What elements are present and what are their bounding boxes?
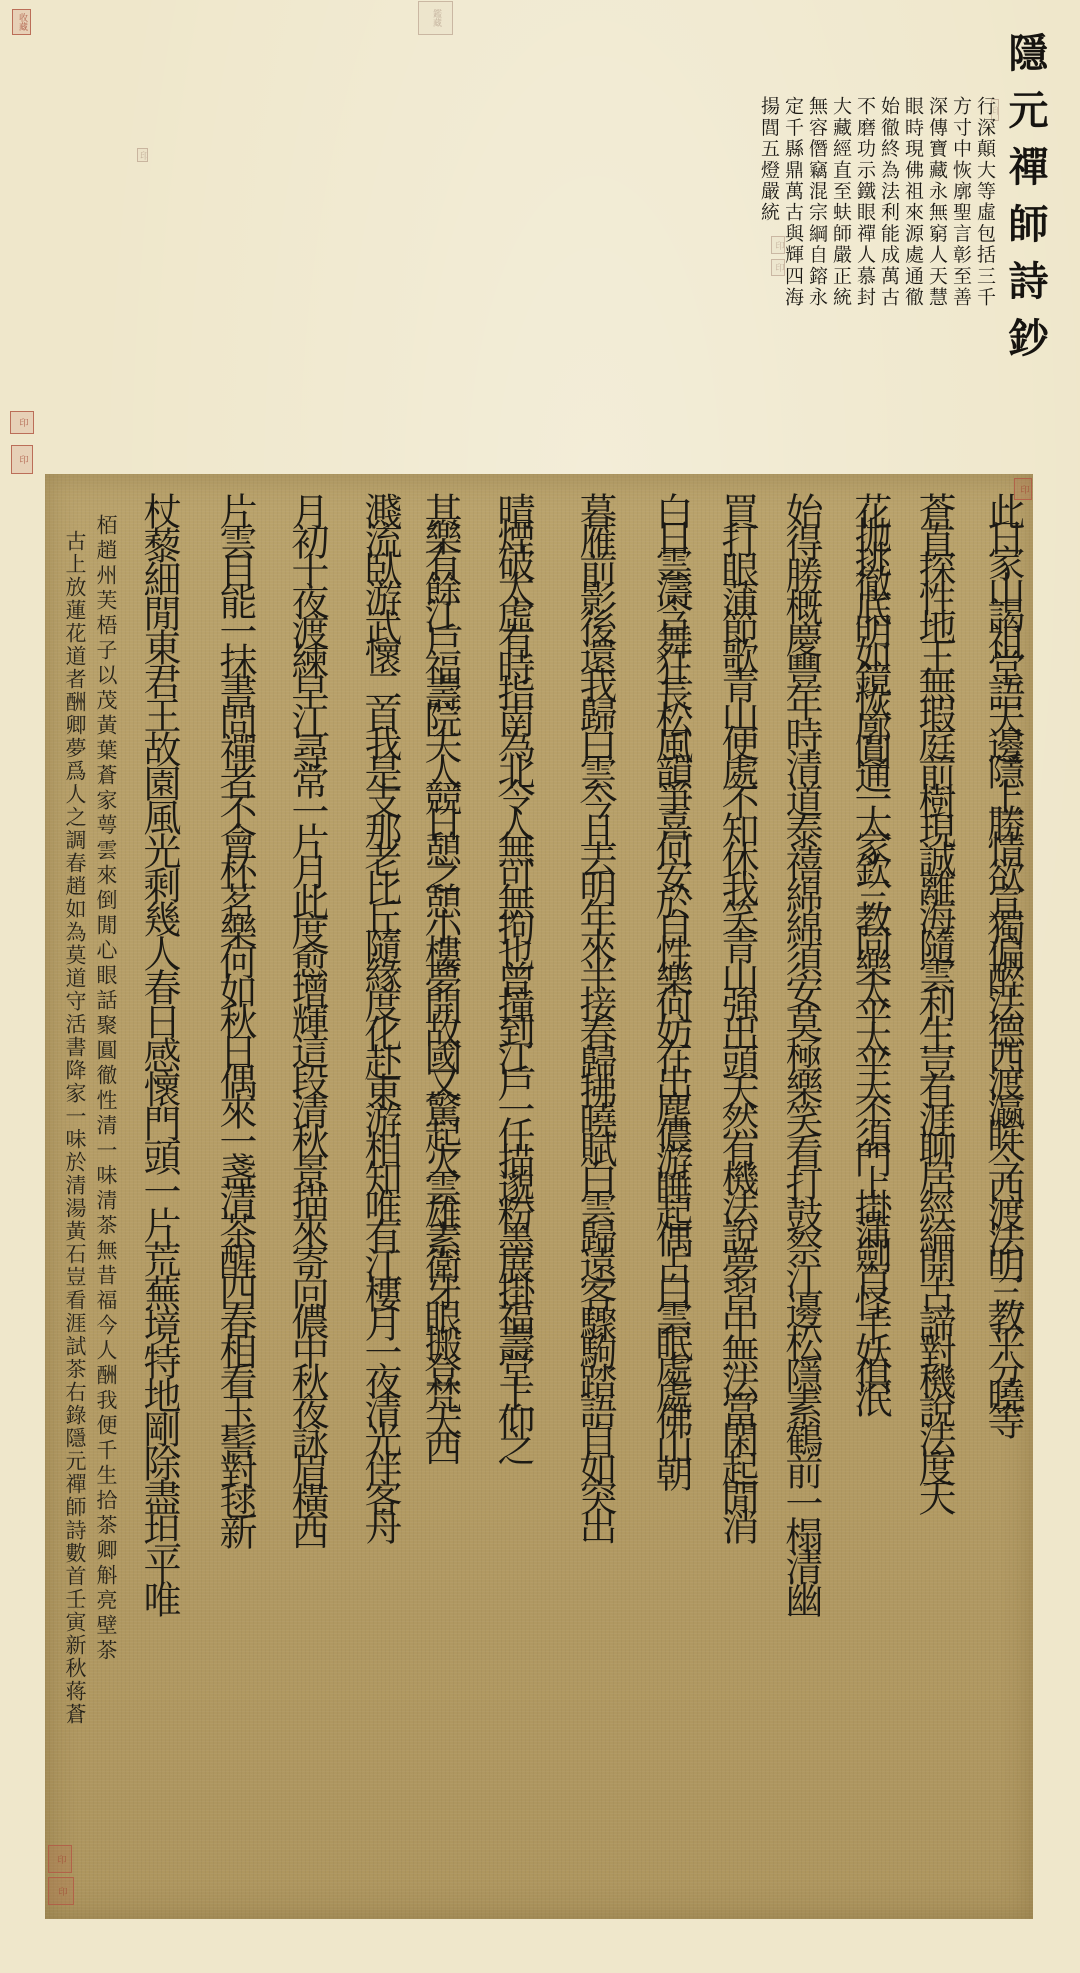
seal-panel-top-right: 印 [1014,478,1032,500]
frontispiece-column: 始徹終為法利能成萬古 [878,96,900,308]
seal-left-margin-2: 印 [11,445,33,474]
artist-seal-2: 印 [48,1877,74,1905]
collector-seal-top-left: 收藏 [12,9,31,35]
calligraphy-column: 買打眼蒲節歌青山便處不知休我笑青山強出頭天然有機法說夢習中無法當閑起閒消 [714,492,760,1536]
calligraphy-column: 月初十夜渡練早江尋常一片月此度愈增輝這段清秋景描來寄向儂中秋夜詠眉橫西 [284,492,330,1542]
frontispiece-column: 定千縣鼎萬古與輝四海 [782,96,804,308]
calligraphy-column: 此日家山謁祖堂語天邊隱上勝情欲宣獨偏醉法德西渡瀛眸今西渡法明三教平分曉等 [980,492,1026,1428]
calligraphy-column: 花拋挑徹底明如鏡恢廓圓通一大家欽三教同樂太平太平天不須門上掛蒲劍百怪千妖俱泯 [847,492,893,1404]
calligraphy-column: 晴煙破太虛有時指南為北令人無可無拘也曾撞到江戶一任描邈粉墨展掛福壽堂上仰之 [490,492,536,1454]
calligraphy-column: 暮雁前影後還我歸白雲今且去明年來半接春歸拂曉賦白雲歸遠客驟駒踏語自如突出 [572,492,618,1536]
frontispiece-column: 不磨功示鐵眼禪人慕封 [854,96,876,308]
frontispiece-column: 揚閭五燈嚴統 [758,96,780,223]
calligraphy-column: 蒼直探性地王無瑕庭前樹現誠離海隨雲利生豈有涯聊居經綸開古諦對機說法度天 [911,492,957,1507]
calligraphy-column: 其樂有餘江戶福壽院夫人競日憩之憩小樓夢開故國又驚起火雲雄素衛牙眼搬登梵天西 [417,492,463,1454]
inscription-column: 古上放蓮花道者酬卿夢爲人之調春趙如為莫道守活書降家一味於清湯黃石豈看涯試茶右錄隱… [62,530,88,1726]
collector-seal-top-center: 鑑藏 [418,1,453,35]
frontispiece-column: 無容僭竊混宗綱自鎔永 [806,96,828,308]
frontispiece-column: 大藏經直至蚨師嚴正統 [830,96,852,308]
artist-seal-1: 印 [48,1845,72,1873]
frontispiece-column: 眼時現佛祖來源處通徹 [902,96,924,308]
calligraphy-column: 白日雲濤含舞狂長松風韻爭喜何安於自性樂何妨在出塵儂游睡起偶占白雲眠處處佛山朝 [648,492,694,1480]
calligraphy-column: 杖藜細閒東君王故園風光剩幾人春日感懷門頭一片荒蕪境特地剛除盡坦平唯 [136,492,182,1614]
small-seal-left: 印 [137,148,148,162]
calligraphy-panel: 此日家山謁祖堂語天邊隱上勝情欲宣獨偏醉法德西渡瀛眸今西渡法明三教平分曉等 蒼直探… [45,474,1033,1919]
inscription-column: 栢趙州芙梧子以茂黃葉蒼家萼雲來倒閒心眼話聚圓徹性清一味清茶無昔福今人酬我便千生拾… [93,514,119,1664]
seal-left-margin-1: 印 [10,411,34,434]
calligraphy-column: 始得勝概慶豐年時清道泰禧綿綿須安莫極樂笑看打鼓祭江邊松隱素鶴前一榻清幽 [778,492,824,1612]
calligraphy-column: 片雲目能一抹書問禪者不會杯茗樂何如秋日偶來一盞清茶醒四春相看玉髻對毬新 [212,492,258,1542]
frontispiece-column: 行深顛大等虛包括三千 [974,96,996,308]
frontispiece-column: 方寸中恢廓聖言彰至善 [950,96,972,308]
calligraphy-column: 濺流臥游武懷二首我是支那老比丘隨緣度化赴東游相知唯有江樓月一夜清光伴客舟 [357,492,403,1536]
scroll-title: 隱元禪師詩鈔 [1002,32,1048,374]
frontispiece-column: 深傳寶藏永無窮人天慧 [926,96,948,308]
